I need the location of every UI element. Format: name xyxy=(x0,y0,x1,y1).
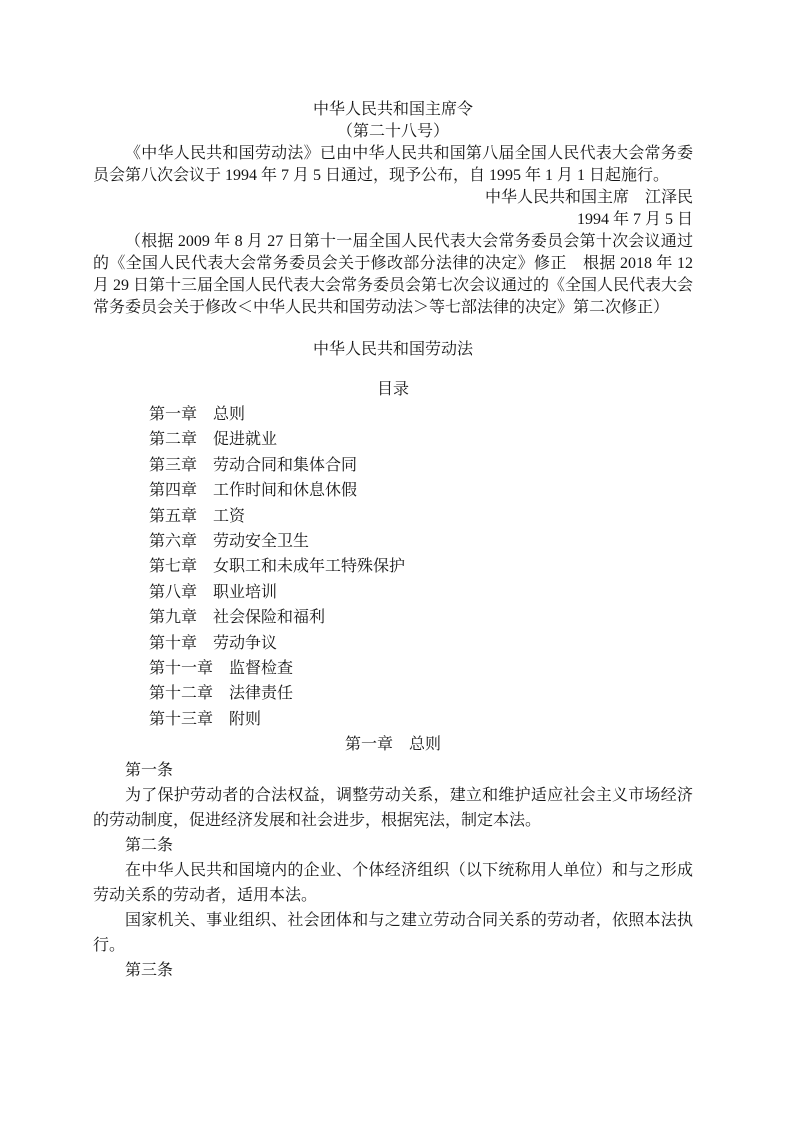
presidential-order-title: 中华人民共和国主席令 xyxy=(93,99,693,121)
toc-item: 第十二章 法律责任 xyxy=(93,681,693,706)
toc-item: 第十一章 监督检查 xyxy=(93,656,693,681)
toc-item: 第七章 女职工和未成年工特殊保护 xyxy=(93,554,693,579)
article-label: 第一条 xyxy=(93,758,693,783)
chapter-heading: 第一章 总则 xyxy=(93,732,693,757)
toc-item: 第八章 职业培训 xyxy=(93,580,693,605)
toc-item: 第十三章 附则 xyxy=(93,707,693,732)
toc-item: 第一章 总则 xyxy=(93,402,693,427)
toc-item: 第六章 劳动安全卫生 xyxy=(93,529,693,554)
presidential-order-number: （第二十八号） xyxy=(93,121,693,143)
revision-note: （根据 2009 年 8 月 27 日第十一届全国人民代表大会常务委员会第十次会… xyxy=(93,231,693,319)
article-paragraph: 在中华人民共和国境内的企业、个体经济组织（以下统称用人单位）和与之形成劳动关系的… xyxy=(93,858,693,908)
chapter-articles: 第一条为了保护劳动者的合法权益，调整劳动关系，建立和维护适应社会主义市场经济的劳… xyxy=(93,758,693,983)
toc-item: 第二章 促进就业 xyxy=(93,427,693,452)
toc-list: 第一章 总则第二章 促进就业第三章 劳动合同和集体合同第四章 工作时间和休息休假… xyxy=(93,402,693,732)
signature-line: 中华人民共和国主席 江泽民 xyxy=(93,187,693,209)
toc-item: 第五章 工资 xyxy=(93,504,693,529)
article-label: 第三条 xyxy=(93,958,693,983)
law-title: 中华人民共和国劳动法 xyxy=(93,337,693,362)
toc-item: 第四章 工作时间和休息休假 xyxy=(93,478,693,503)
article-label: 第二条 xyxy=(93,833,693,858)
article-paragraph: 为了保护劳动者的合法权益，调整劳动关系，建立和维护适应社会主义市场经济的劳动制度… xyxy=(93,783,693,833)
toc-title: 目录 xyxy=(93,377,693,402)
signature-date: 1994 年 7 月 5 日 xyxy=(93,209,693,231)
toc-item: 第九章 社会保险和福利 xyxy=(93,605,693,630)
presidential-order-section: 中华人民共和国主席令 （第二十八号） 《中华人民共和国劳动法》已由中华人民共和国… xyxy=(93,99,693,319)
document-page: 中华人民共和国主席令 （第二十八号） 《中华人民共和国劳动法》已由中华人民共和国… xyxy=(0,0,793,1122)
promulgation-paragraph: 《中华人民共和国劳动法》已由中华人民共和国第八届全国人民代表大会常务委员会第八次… xyxy=(93,143,693,187)
article-paragraph: 国家机关、事业组织、社会团体和与之建立劳动合同关系的劳动者，依照本法执行。 xyxy=(93,908,693,958)
toc-item: 第十章 劳动争议 xyxy=(93,631,693,656)
toc-item: 第三章 劳动合同和集体合同 xyxy=(93,453,693,478)
